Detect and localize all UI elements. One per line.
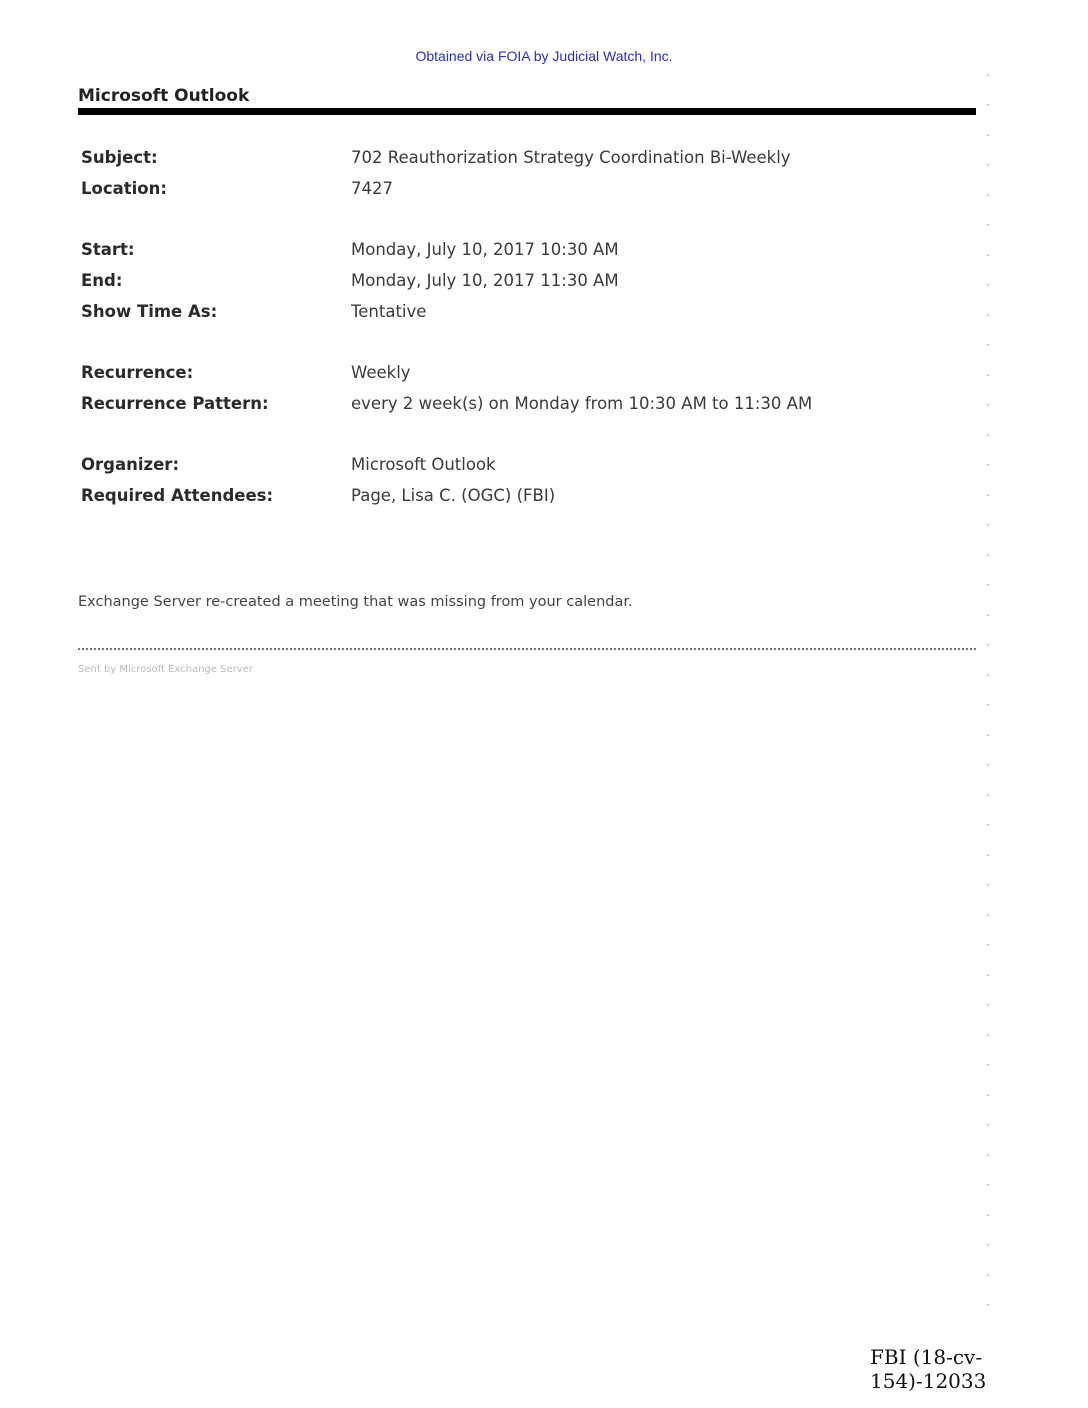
field-required-attendees: Required Attendees: Page, Lisa C. (OGC) … xyxy=(81,486,961,510)
field-value: Page, Lisa C. (OGC) (FBI) xyxy=(351,486,555,505)
field-value: Weekly xyxy=(351,363,411,382)
app-title: Microsoft Outlook xyxy=(78,86,249,106)
field-value: Monday, July 10, 2017 10:30 AM xyxy=(351,240,619,259)
field-label: Subject: xyxy=(81,148,158,167)
field-value: Microsoft Outlook xyxy=(351,455,496,474)
field-show-time-as: Show Time As: Tentative xyxy=(81,302,961,326)
message-body: Exchange Server re-created a meeting tha… xyxy=(78,594,633,610)
field-label: Organizer: xyxy=(81,455,179,474)
field-value: Tentative xyxy=(351,302,426,321)
field-start: Start: Monday, July 10, 2017 10:30 AM xyxy=(81,240,961,264)
field-recurrence: Recurrence: Weekly xyxy=(81,363,961,387)
field-subject: Subject: 702 Reauthorization Strategy Co… xyxy=(81,148,961,172)
field-label: Show Time As: xyxy=(81,302,217,321)
field-label: Start: xyxy=(81,240,135,259)
scan-artifact-dots xyxy=(986,60,990,1320)
field-label: Location: xyxy=(81,179,167,198)
field-location: Location: 7427 xyxy=(81,179,961,203)
field-end: End: Monday, July 10, 2017 11:30 AM xyxy=(81,271,961,295)
bates-number: FBI (18-cv-154)-12033 xyxy=(870,1345,1088,1393)
footer-note: Sent by Microsoft Exchange Server xyxy=(78,664,253,675)
field-label: Required Attendees: xyxy=(81,486,273,505)
field-value: Monday, July 10, 2017 11:30 AM xyxy=(351,271,619,290)
field-value: 7427 xyxy=(351,179,393,198)
field-value: 702 Reauthorization Strategy Coordinatio… xyxy=(351,148,791,167)
foia-watermark: Obtained via FOIA by Judicial Watch, Inc… xyxy=(0,48,1088,64)
field-organizer: Organizer: Microsoft Outlook xyxy=(81,455,961,479)
field-label: End: xyxy=(81,271,122,290)
field-recurrence-pattern: Recurrence Pattern: every 2 week(s) on M… xyxy=(81,394,961,418)
field-label: Recurrence: xyxy=(81,363,193,382)
header-divider xyxy=(78,108,976,115)
footer-divider xyxy=(78,648,976,650)
field-value: every 2 week(s) on Monday from 10:30 AM … xyxy=(351,394,812,413)
field-label: Recurrence Pattern: xyxy=(81,394,269,413)
